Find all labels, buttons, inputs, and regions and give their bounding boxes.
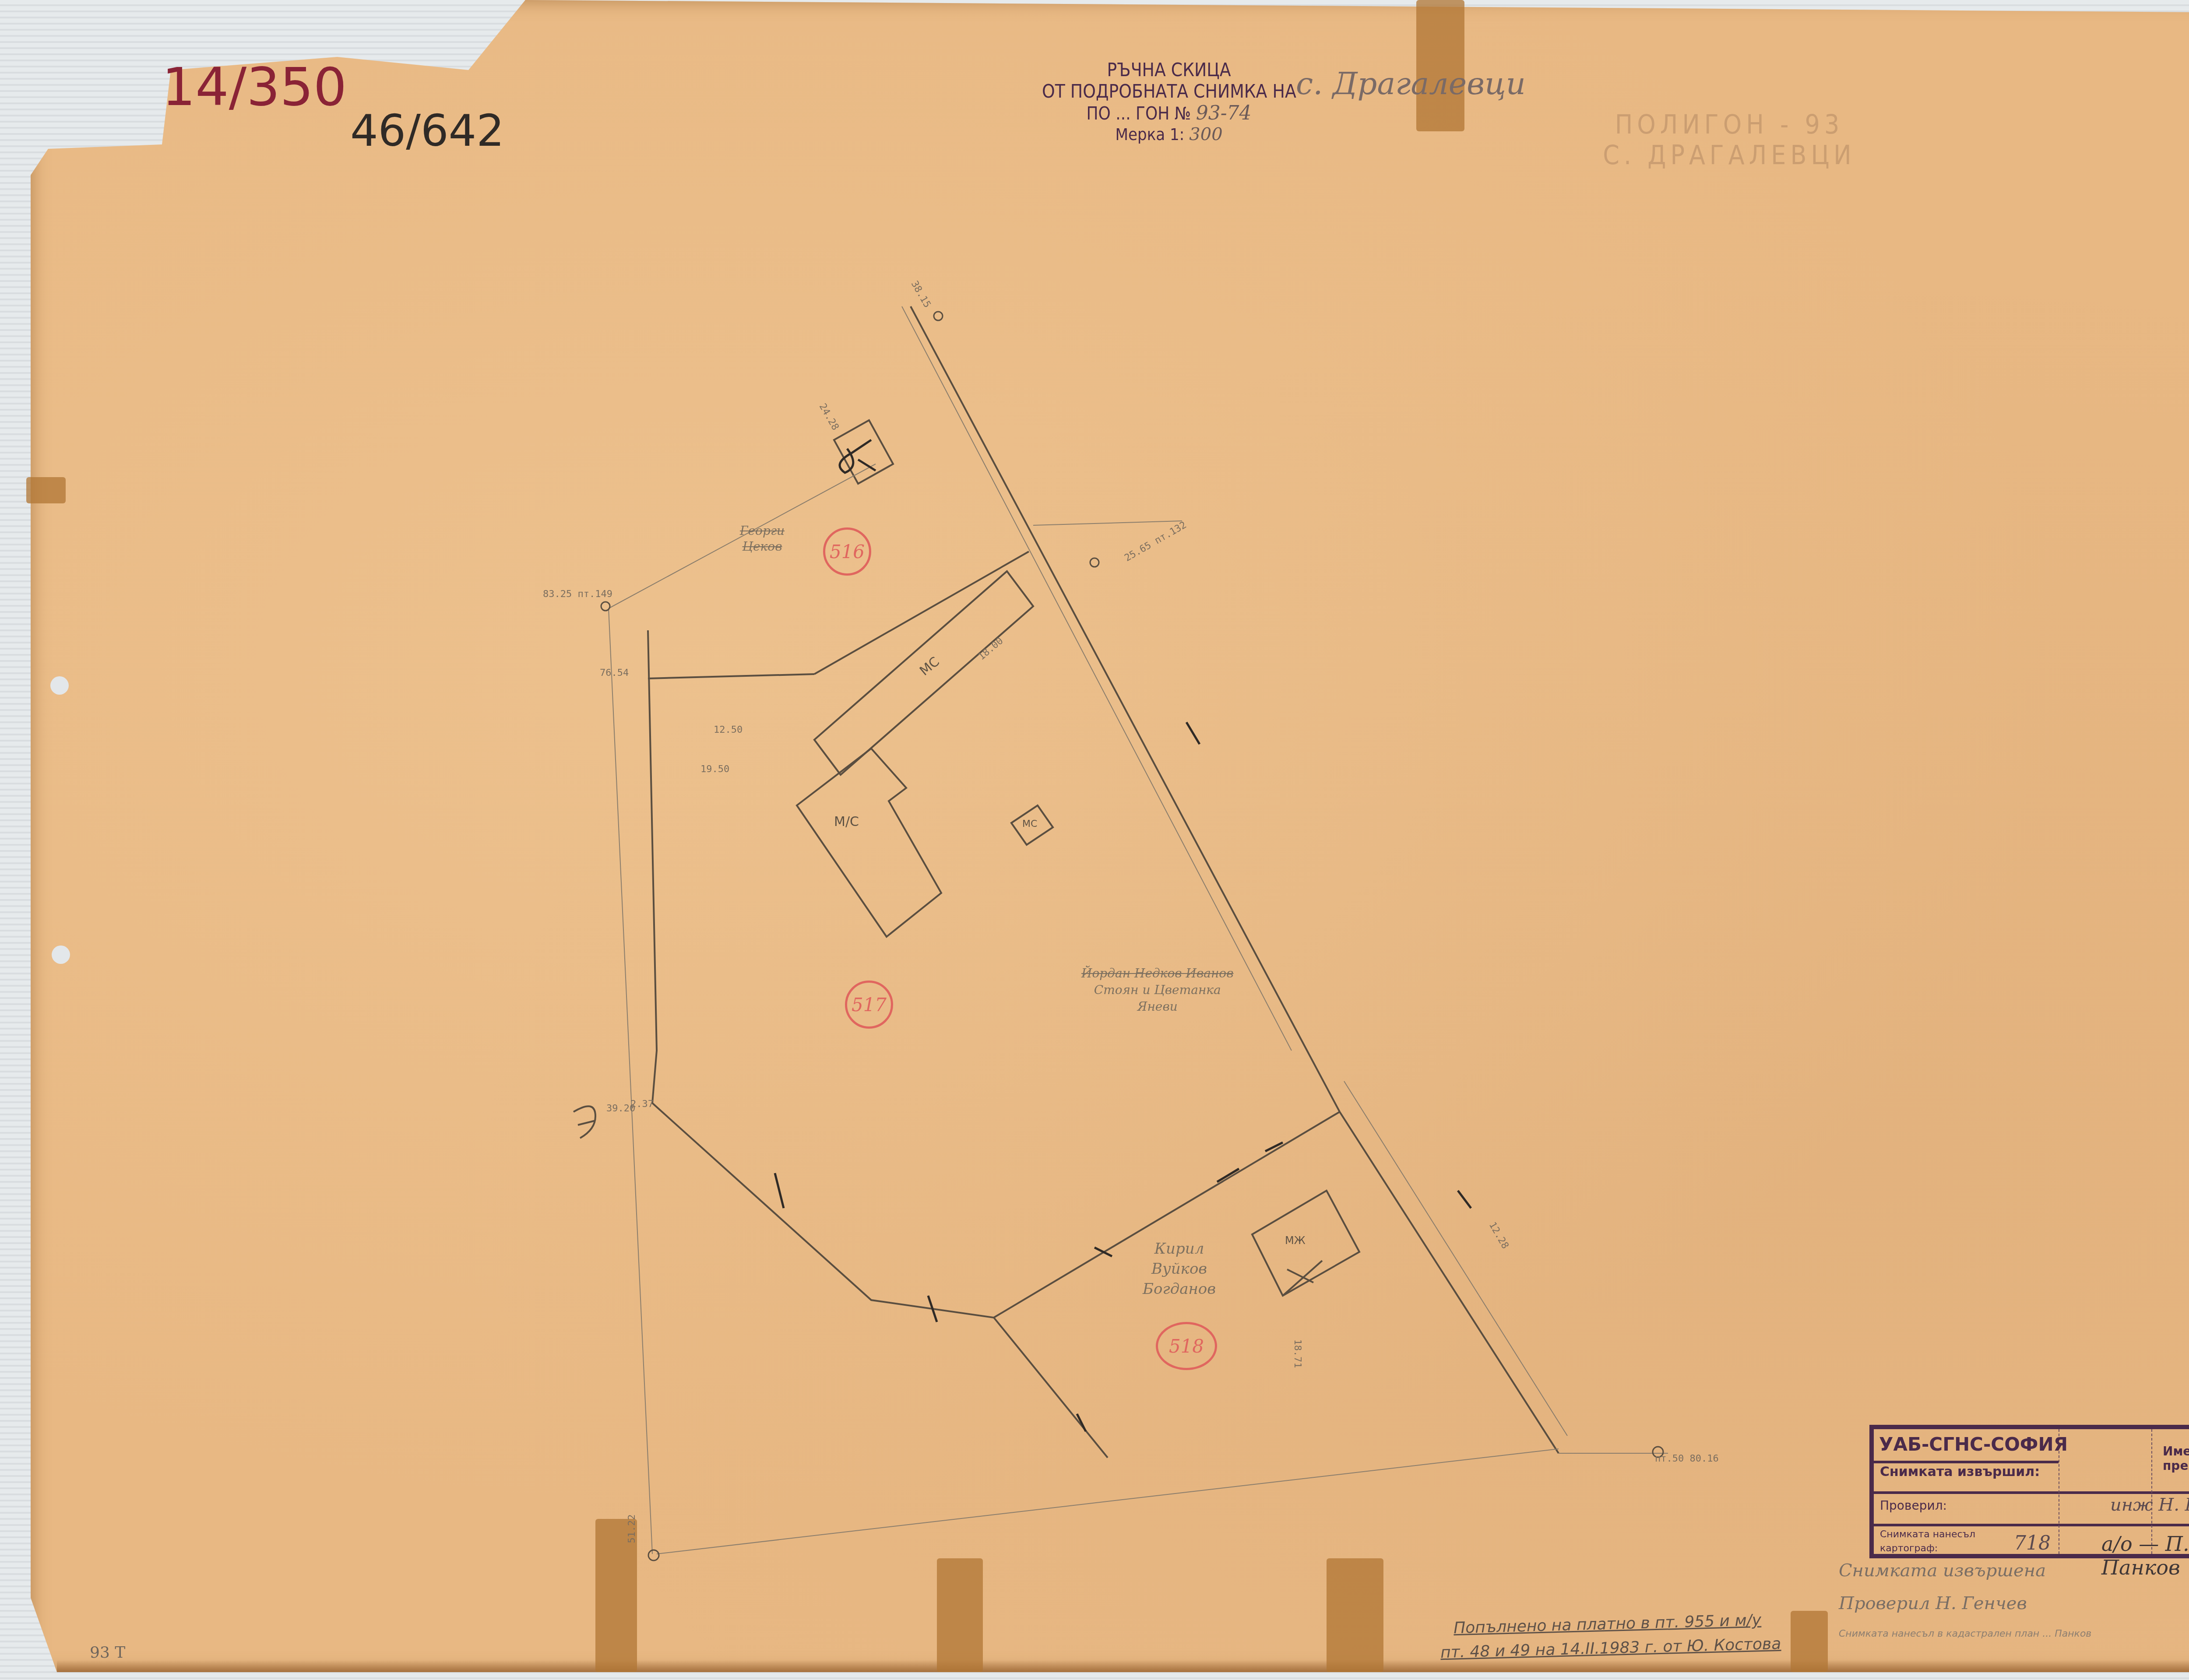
- station-value: 80.16: [1689, 1453, 1718, 1464]
- tb-org: УАБ-СГНС-СОФИЯ: [1879, 1434, 2068, 1455]
- owner-line: Кирил: [1143, 1239, 1216, 1259]
- parcel-number-517: 517: [845, 981, 893, 1029]
- tb-row1-label: Снимката извършил:: [1880, 1464, 2040, 1480]
- building-label: М/С: [834, 814, 859, 829]
- building-label: МЖ: [1285, 1234, 1306, 1247]
- tb-divider: [1874, 1491, 2189, 1494]
- owner-label-center: Йордан Недков Иванов Стоян и Цветанка Ян…: [1081, 965, 1234, 1015]
- owner-line: Стоян и Цветанка: [1081, 982, 1234, 998]
- owner-line: Яневи: [1081, 998, 1234, 1015]
- survey-linework: [0, 0, 2189, 1680]
- tb-row2-signature: инж Н. Генчев: [2110, 1495, 2189, 1515]
- station-value: 83.25: [543, 589, 572, 600]
- tb-row2-label: Проверил:: [1880, 1498, 1947, 1513]
- building-label: МС: [1022, 819, 1037, 829]
- tb-divider: [1874, 1461, 2059, 1463]
- tb-row3-label: Снимката нанесъл картограф:: [1880, 1528, 2020, 1556]
- parcel-number-516: 516: [823, 527, 871, 576]
- owner-line: Вуйков: [1143, 1259, 1216, 1279]
- station-label-149: 83.25 пт.149: [543, 589, 612, 600]
- tb-row3-signature: а/о — П. Панков: [2101, 1532, 2189, 1579]
- owner-line: Георги: [740, 523, 785, 539]
- owner-line: Цеков: [740, 539, 785, 555]
- station-label-50: пт.50 80.16: [1655, 1453, 1719, 1464]
- inner-boundary: [648, 674, 814, 678]
- owner-label-516: Георги Цеков: [740, 523, 785, 555]
- title-block: УАБ-СГНС-СОФИЯ Подпис Име и презиме Сним…: [1869, 1425, 2189, 1558]
- station-label-148: 51.22: [626, 1514, 637, 1543]
- owner-line: Богданов: [1143, 1279, 1216, 1299]
- tb-row3-number: 718: [2014, 1532, 2051, 1554]
- footer-checked: Проверил Н. Генчев: [1839, 1593, 2027, 1613]
- corner-mark: 93 Т: [90, 1644, 125, 1662]
- cross-mark: [840, 440, 876, 473]
- footer-transferred: Снимката нанесъл в кадастрален план ... …: [1839, 1628, 2091, 1639]
- station-id: пт.50: [1655, 1453, 1684, 1464]
- main-boundary-east: [911, 306, 1559, 1453]
- measurement: 19.50: [700, 764, 729, 775]
- tb-divider: [1874, 1524, 2189, 1526]
- measurement: 2.37: [630, 1099, 654, 1110]
- footer-completed: Снимката извършена: [1839, 1561, 2046, 1581]
- measurement: 18.71: [1292, 1339, 1303, 1368]
- west-boundary: [648, 630, 1108, 1458]
- measurement: 76.54: [600, 668, 629, 678]
- owner-line: Йордан Недков Иванов: [1081, 965, 1234, 982]
- station-id: пт.149: [577, 589, 612, 600]
- owner-label-518: Кирил Вуйков Богданов: [1143, 1239, 1216, 1299]
- measurement: 12.50: [714, 724, 743, 735]
- parcel-number-518: 518: [1156, 1322, 1217, 1370]
- tb-col-header2: Име и презиме: [2163, 1444, 2189, 1473]
